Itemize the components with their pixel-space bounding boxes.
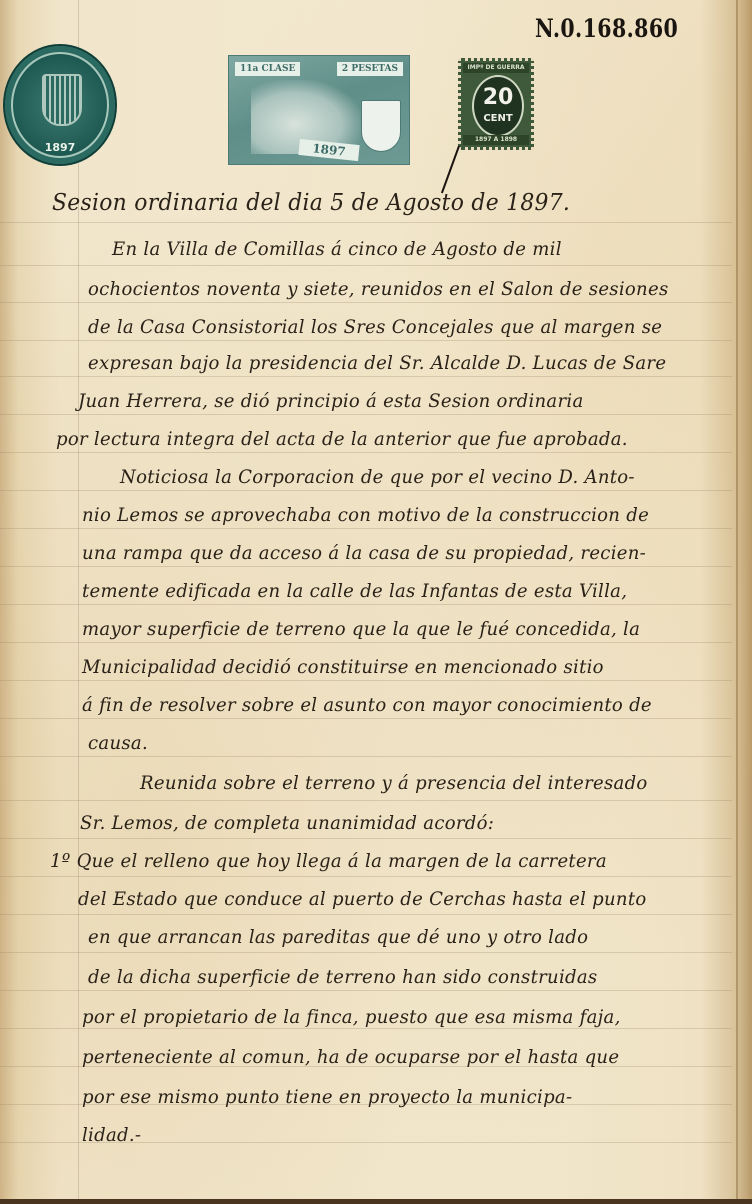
text-line: una rampa que da acceso á la casa de su … (82, 542, 646, 564)
text-line: temente edificada en la calle de las Inf… (82, 580, 627, 602)
text-line: Noticiosa la Corporacion de que por el v… (120, 466, 635, 488)
ruling-line (0, 566, 732, 567)
text-line: perteneciente al comun, ha de ocuparse p… (82, 1046, 619, 1068)
text-line: por lectura integra del acta de la anter… (56, 428, 628, 450)
war-stamp-oval: 20 CENT (472, 75, 524, 137)
ruling-line (0, 604, 732, 605)
cancellation-stroke (441, 146, 460, 194)
text-line: Juan Herrera, se dió principio á esta Se… (78, 390, 584, 412)
text-line: ochocientos noventa y siete, reunidos en… (88, 278, 668, 300)
text-line: de la Casa Consistorial los Sres Conceja… (88, 316, 662, 338)
ruling-line (0, 340, 732, 341)
text-line: de la dicha superficie de terreno han si… (88, 966, 597, 988)
ruling-line (0, 414, 732, 415)
war-stamp-unit: CENT (474, 113, 522, 124)
text-line: á fin de resolver sobre el asunto con ma… (82, 694, 652, 716)
ruling-line (0, 876, 732, 877)
page-bottom-edge (0, 1199, 752, 1204)
ruling-line (0, 1028, 732, 1029)
serial-number: N.0.168.860 (535, 14, 678, 43)
seal-year: 1897 (5, 141, 115, 154)
ruling-line (0, 302, 732, 303)
ruling-line (0, 756, 732, 757)
war-stamp-value: 20 (474, 85, 522, 110)
war-stamp-footer: 1897 A 1898 (463, 135, 529, 145)
stamp-class-label: 11a CLASE (235, 62, 300, 76)
margin-line (78, 0, 79, 1204)
text-line: nio Lemos se aprovechaba con motivo de l… (82, 504, 649, 526)
ruling-line (0, 490, 732, 491)
war-tax-stamp: IMPº DE GUERRA 20 CENT 1897 A 1898 (458, 58, 534, 150)
text-line: Reunida sobre el terreno y á presencia d… (140, 772, 648, 794)
ruling-line (0, 265, 732, 266)
text-line: expresan bajo la presidencia del Sr. Alc… (88, 352, 666, 374)
ruling-line (0, 914, 732, 915)
ruling-line (0, 990, 732, 991)
text-line: del Estado que conduce al puerto de Cerc… (78, 888, 647, 910)
ruling-line (0, 800, 732, 801)
ruling-line (0, 642, 732, 643)
text-line: causa. (88, 732, 148, 754)
stamp-value-label: 2 PESETAS (337, 62, 403, 76)
ruling-line (0, 680, 732, 681)
ruling-line (0, 376, 732, 377)
mint-seal: 1897 (3, 44, 117, 166)
text-line: mayor superficie de terreno que la que l… (82, 618, 640, 640)
text-line: lidad.- (82, 1124, 141, 1146)
shield-icon (361, 100, 401, 152)
minutes-heading: Sesion ordinaria del dia 5 de Agosto de … (52, 190, 570, 216)
ruling-line (0, 222, 732, 223)
binding-edge (736, 0, 738, 1204)
war-stamp-header: IMPº DE GUERRA (463, 63, 529, 73)
text-line: por ese mismo punto tiene en proyecto la… (82, 1086, 572, 1108)
ruling-line (0, 952, 732, 953)
ruling-line (0, 718, 732, 719)
text-line: por el propietario de la finca, puesto q… (82, 1006, 621, 1028)
text-line: en que arrancan las pareditas que dé uno… (88, 926, 588, 948)
text-line: Municipalidad decidió constituirse en me… (82, 656, 604, 678)
tax-stamp: 11a CLASE 2 PESETAS 1897 (228, 55, 410, 165)
ruling-line (0, 528, 732, 529)
text-line: Sr. Lemos, de completa unanimidad acordó… (80, 812, 494, 834)
text-line: 1º Que el relleno que hoy llega á la mar… (50, 850, 607, 872)
document-page: N.0.168.860 1897 11a CLASE 2 PESETAS 189… (0, 0, 752, 1204)
ruling-line (0, 452, 732, 453)
coat-of-arms-icon (42, 74, 82, 126)
ruling-line (0, 838, 732, 839)
text-line: En la Villa de Comillas á cinco de Agost… (112, 238, 562, 260)
